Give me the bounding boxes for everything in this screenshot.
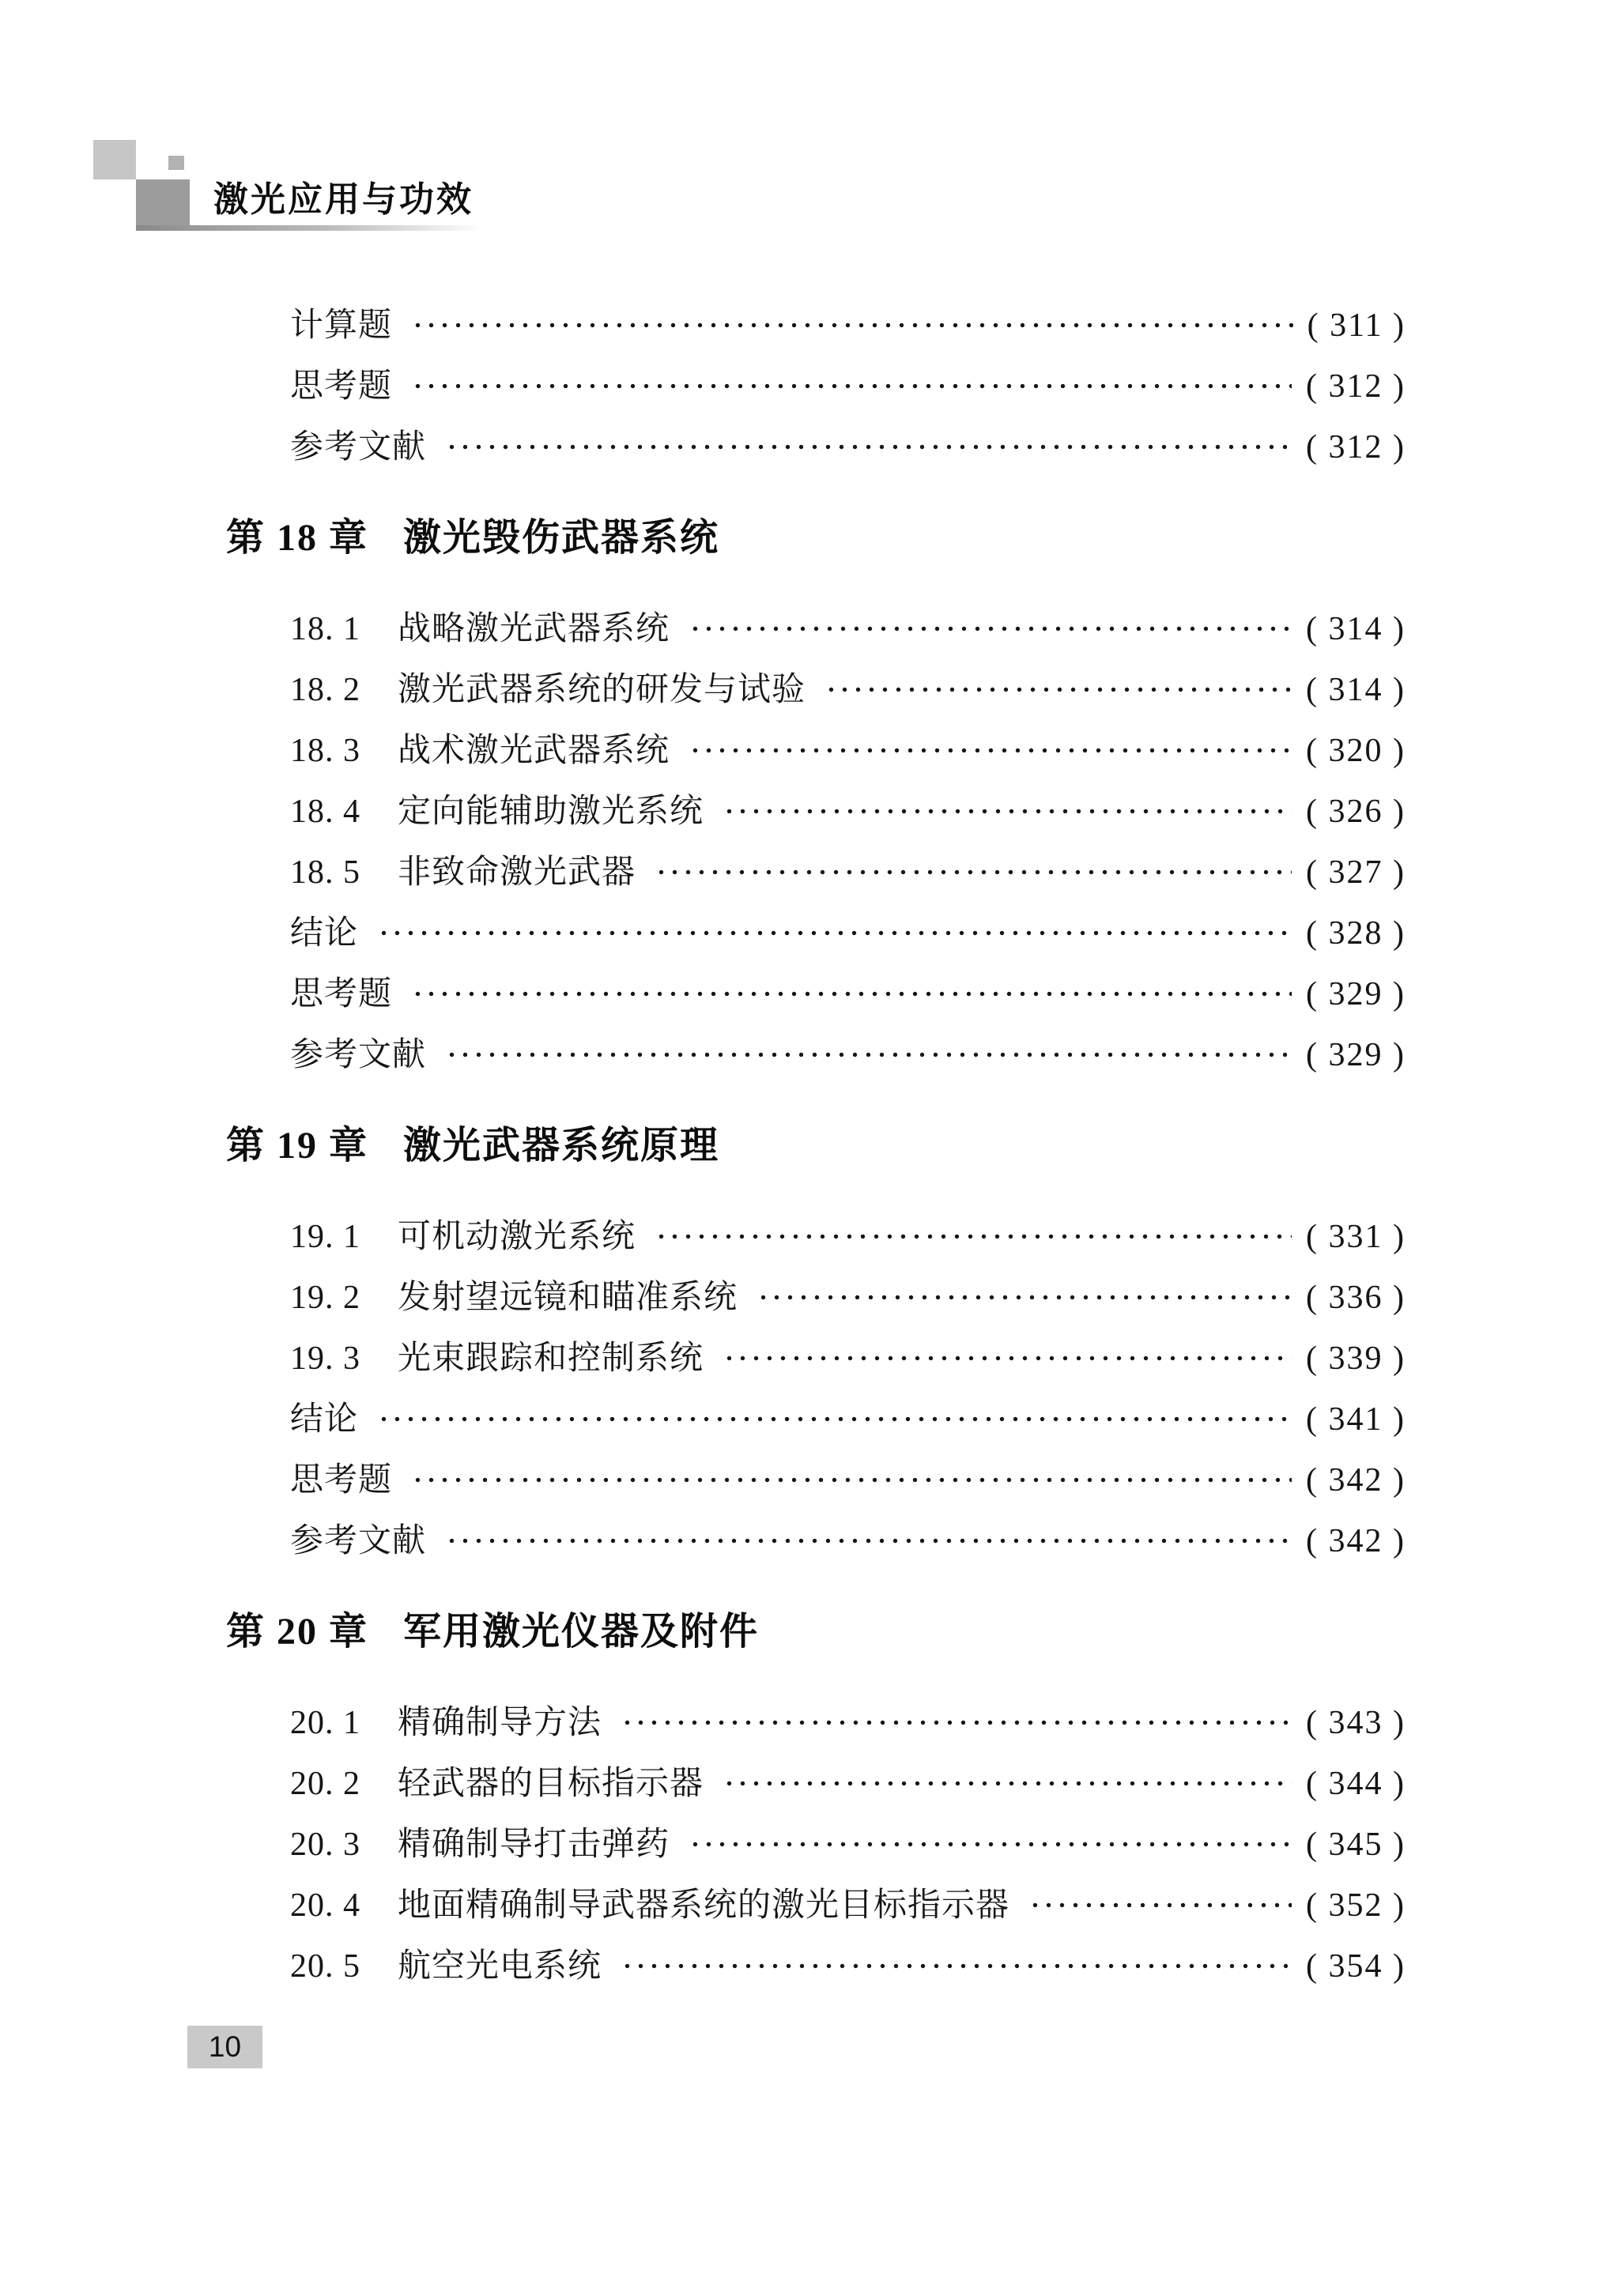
toc-entry-label: 航空光电系统: [398, 1950, 602, 1983]
toc-entry-label: 结论: [290, 1403, 358, 1436]
toc-entry: 18. 2激光武器系统的研发与试验( 314 ): [0, 659, 1615, 720]
toc-page-number: ( 339 ): [1306, 1342, 1406, 1375]
toc-entry: 参考文献( 342 ): [0, 1510, 1615, 1571]
toc-entry-number: 20. 3: [290, 1828, 398, 1861]
toc-page-number: ( 336 ): [1306, 1281, 1406, 1314]
book-title: 激光应用与功效: [213, 183, 474, 217]
toc-page-number: ( 327 ): [1306, 856, 1406, 889]
page-number-badge: 10: [187, 2026, 262, 2068]
chapter-heading: 第 19 章激光武器系统原理: [0, 1085, 1615, 1206]
toc-entry: 19. 1可机动激光系统( 331 ): [0, 1206, 1615, 1267]
toc-entry-label: 精确制导方法: [398, 1706, 602, 1740]
toc-entry-label: 轻武器的目标指示器: [398, 1767, 704, 1800]
toc-page-number: ( 329 ): [1306, 1039, 1406, 1072]
toc-entry-label: 定向能辅助激光系统: [398, 795, 704, 828]
toc-entry-label: 参考文献: [290, 1039, 426, 1072]
toc-dot-leader: [723, 781, 1292, 842]
header-gradient-line: [136, 225, 493, 231]
toc-entry: 20. 2轻武器的目标指示器( 344 ): [0, 1753, 1615, 1814]
toc-entry: 参考文献( 312 ): [0, 417, 1615, 477]
toc-entry: 参考文献( 329 ): [0, 1024, 1615, 1085]
toc-entry-label: 战术激光武器系统: [398, 734, 670, 767]
toc-entry-number: 19. 1: [290, 1220, 398, 1254]
toc-dot-leader: [655, 842, 1292, 903]
chapter-number: 第 18 章: [226, 519, 368, 557]
toc-dot-leader: [757, 1267, 1292, 1328]
toc-entry-number: 19. 2: [290, 1281, 398, 1314]
chapter-heading: 第 20 章军用激光仪器及附件: [0, 1571, 1615, 1692]
toc-entry: 19. 2发射望远镜和瞄准系统( 336 ): [0, 1267, 1615, 1328]
toc-entry-label: 参考文献: [290, 1525, 426, 1558]
toc-dot-leader: [689, 1814, 1292, 1875]
toc-dot-leader: [377, 1389, 1292, 1450]
toc-entry-number: 20. 5: [290, 1950, 398, 1983]
toc-entry: 18. 1战略激光武器系统( 314 ): [0, 598, 1615, 659]
toc-page-number: ( 344 ): [1306, 1767, 1406, 1800]
toc-entry: 计算题( 311 ): [0, 295, 1615, 356]
toc-dot-leader: [723, 1753, 1292, 1814]
toc-entry: 19. 3光束跟踪和控制系统( 339 ): [0, 1328, 1615, 1389]
toc-page-number: ( 326 ): [1306, 795, 1406, 828]
toc-page-number: ( 342 ): [1306, 1464, 1406, 1497]
toc-entry: 18. 5非致命激光武器( 327 ): [0, 842, 1615, 903]
toc-entry-label: 可机动激光系统: [398, 1220, 636, 1254]
toc-page-number: ( 343 ): [1306, 1706, 1406, 1740]
chapter-number: 第 19 章: [226, 1127, 368, 1165]
toc-dot-leader: [689, 598, 1292, 659]
toc-entry: 20. 5航空光电系统( 354 ): [0, 1936, 1615, 1996]
toc-dot-leader: [411, 295, 1293, 356]
chapter-number: 第 20 章: [226, 1613, 368, 1651]
toc-entry: 18. 4定向能辅助激光系统( 326 ): [0, 781, 1615, 842]
toc-dot-leader: [655, 1206, 1292, 1267]
toc-entry-label: 精确制导打击弹药: [398, 1828, 670, 1861]
chapter-title: 激光毁伤武器系统: [403, 519, 719, 557]
toc-entry-number: 18. 4: [290, 795, 398, 828]
toc-entry: 20. 4地面精确制导武器系统的激光目标指示器( 352 ): [0, 1875, 1615, 1936]
toc-entry: 20. 3精确制导打击弹药( 345 ): [0, 1814, 1615, 1875]
toc-entry-number: 20. 1: [290, 1706, 398, 1740]
toc-page-number: ( 328 ): [1306, 917, 1406, 950]
toc-entry-label: 计算题: [290, 309, 392, 342]
toc-dot-leader: [445, 417, 1292, 477]
deco-square-small: [168, 156, 184, 170]
toc-entry-number: 18. 5: [290, 856, 398, 889]
toc-entry: 结论( 341 ): [0, 1389, 1615, 1450]
toc-page-number: ( 331 ): [1306, 1220, 1406, 1254]
toc-dot-leader: [621, 1692, 1292, 1753]
toc-page-number: ( 341 ): [1306, 1403, 1406, 1436]
toc-page-number: ( 352 ): [1306, 1889, 1406, 1922]
toc-dot-leader: [377, 903, 1292, 963]
toc-page-number: ( 312 ): [1306, 370, 1406, 403]
toc-entry-number: 20. 2: [290, 1767, 398, 1800]
toc-entry-number: 20. 4: [290, 1889, 398, 1922]
toc: 计算题( 311 )思考题( 312 )参考文献( 312 )第 18 章激光毁…: [0, 295, 1615, 1996]
toc-page-number: ( 354 ): [1306, 1950, 1406, 1983]
toc-entry-label: 地面精确制导武器系统的激光目标指示器: [398, 1889, 1009, 1922]
toc-dot-leader: [621, 1936, 1292, 1996]
toc-dot-leader: [723, 1328, 1292, 1389]
toc-entry-label: 战略激光武器系统: [398, 613, 670, 646]
toc-page-number: ( 311 ): [1307, 309, 1406, 342]
deco-square-dark: [136, 179, 190, 231]
toc-entry: 结论( 328 ): [0, 903, 1615, 963]
toc-entry: 思考题( 342 ): [0, 1450, 1615, 1510]
chapter-title: 激光武器系统原理: [403, 1127, 719, 1165]
toc-entry-label: 思考题: [290, 1464, 392, 1497]
toc-page-number: ( 314 ): [1306, 613, 1406, 646]
toc-page-number: ( 329 ): [1306, 978, 1406, 1011]
toc-page-number: ( 342 ): [1306, 1525, 1406, 1558]
toc-entry: 思考题( 312 ): [0, 356, 1615, 417]
toc-dot-leader: [411, 1450, 1292, 1510]
toc-entry-label: 光束跟踪和控制系统: [398, 1342, 704, 1375]
toc-entry: 18. 3战术激光武器系统( 320 ): [0, 720, 1615, 781]
toc-entry-label: 思考题: [290, 370, 392, 403]
toc-page-number: ( 312 ): [1306, 431, 1406, 464]
toc-entry-label: 非致命激光武器: [398, 856, 636, 889]
toc-entry-label: 发射望远镜和瞄准系统: [398, 1281, 738, 1314]
toc-entry-label: 结论: [290, 917, 358, 950]
toc-entry-label: 激光武器系统的研发与试验: [398, 673, 806, 707]
toc-entry-number: 18. 2: [290, 673, 398, 707]
toc-entry: 思考题( 329 ): [0, 963, 1615, 1024]
toc-dot-leader: [445, 1510, 1292, 1571]
toc-dot-leader: [445, 1024, 1292, 1085]
toc-page-number: ( 320 ): [1306, 734, 1406, 767]
chapter-title: 军用激光仪器及附件: [403, 1613, 759, 1651]
toc-entry: 20. 1精确制导方法( 343 ): [0, 1692, 1615, 1753]
toc-entry-number: 19. 3: [290, 1342, 398, 1375]
deco-square-light: [93, 140, 136, 179]
toc-dot-leader: [411, 356, 1292, 417]
toc-entry-label: 思考题: [290, 978, 392, 1011]
toc-entry-label: 参考文献: [290, 431, 426, 464]
toc-dot-leader: [824, 659, 1292, 720]
chapter-heading: 第 18 章激光毁伤武器系统: [0, 477, 1615, 598]
toc-page-number: ( 345 ): [1306, 1828, 1406, 1861]
toc-dot-leader: [411, 963, 1292, 1024]
toc-dot-leader: [689, 720, 1292, 781]
toc-entry-number: 18. 1: [290, 613, 398, 646]
toc-dot-leader: [1028, 1875, 1292, 1936]
toc-entry-number: 18. 3: [290, 734, 398, 767]
toc-page-number: ( 314 ): [1306, 673, 1406, 707]
